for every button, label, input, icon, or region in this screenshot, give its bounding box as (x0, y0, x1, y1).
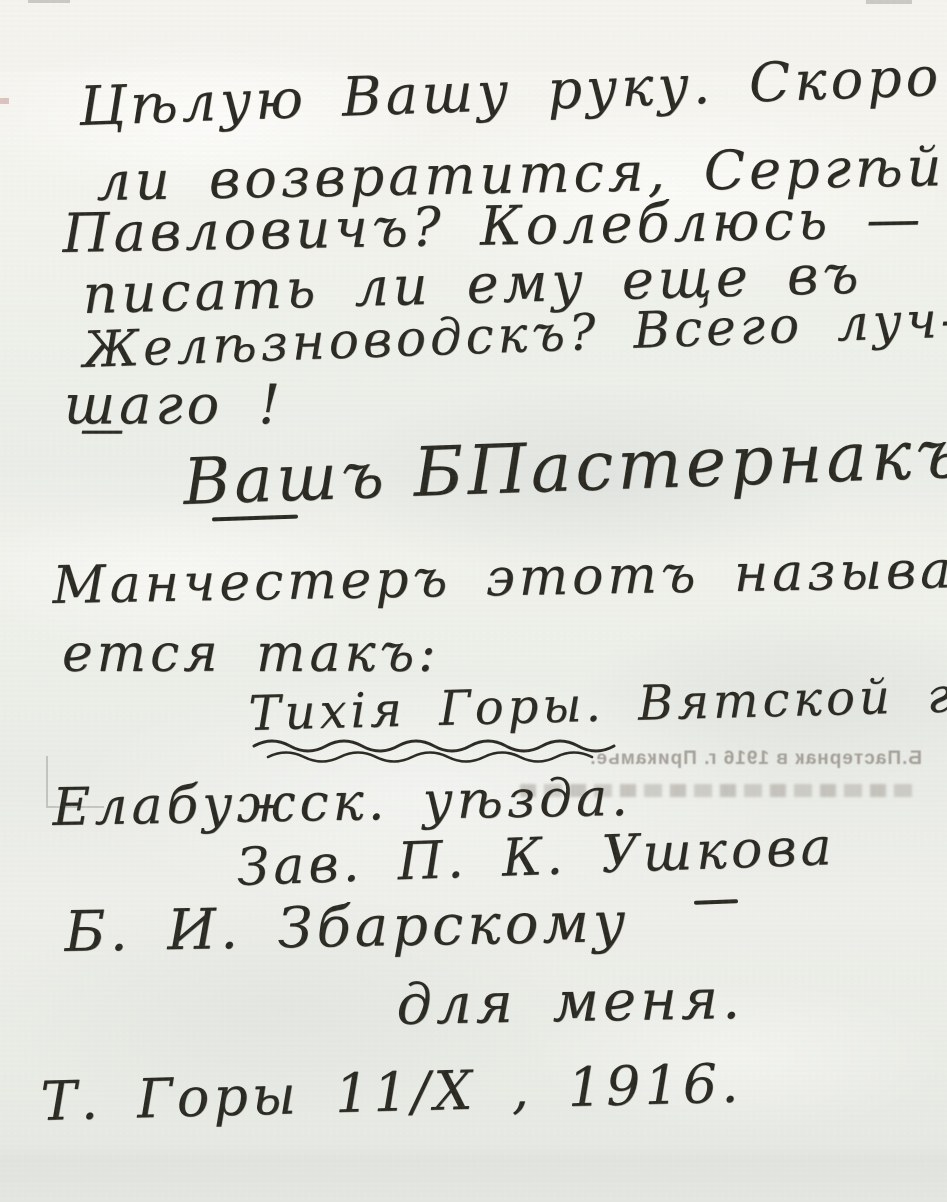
handwritten-line: Манчестеръ этотъ называ- (52, 544, 947, 612)
bleedthrough-caption: Б.Пастернак в 1916 г. Прикамье. (502, 748, 922, 770)
scan-artifact-left-bracket (46, 756, 48, 808)
scanned-letter-page: Цѣлую Вашу руку. Скоро ли возвратится, С… (0, 0, 947, 1202)
handwritten-line: Елабужск. уѣзда. (52, 772, 632, 834)
scan-artifact-pink-mark (0, 98, 9, 104)
handwritten-line: Цѣлую Вашу руку. Скоро (78, 50, 943, 134)
signature-salutation: Вашъ (182, 439, 389, 520)
handwritten-line: ется такъ: (62, 628, 440, 680)
handwritten-line: для меня. (396, 972, 744, 1034)
handwritten-line: Б. И. Збарскому (64, 895, 630, 961)
signature-name: БПастернакъ. (412, 414, 947, 513)
scan-artifact-top-left (28, 0, 70, 3)
underline-stroke-ushkova (694, 899, 738, 905)
handwritten-dash: — (80, 408, 128, 452)
signature-line: ВашъБПастернакъ. (182, 420, 947, 516)
scan-artifact-top-right (866, 0, 912, 4)
handwritten-dateline: Т. Горы 11/X , 1916. (40, 1057, 743, 1129)
